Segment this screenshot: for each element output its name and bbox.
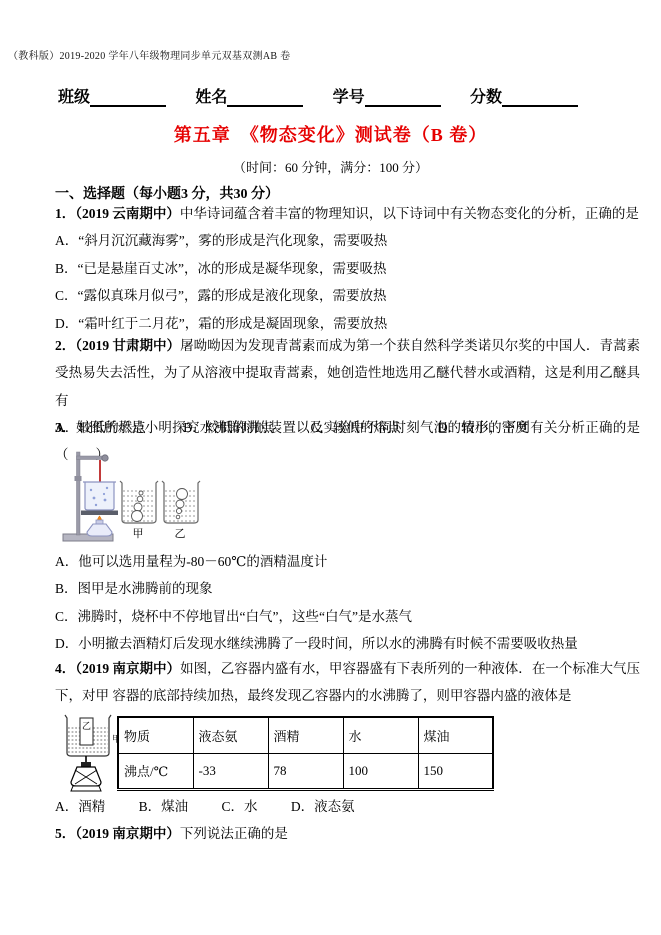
boiling-experiment-figure: 甲 乙 (60, 448, 210, 548)
q3-options: A．他可以选用量程为-80－60℃的酒精温度计 B．图甲是水沸腾前的现象 C．沸… (55, 548, 640, 658)
boiling-point-table: 物质 液态氨 酒精 水 煤油 沸点/℃ -33 78 100 150 (117, 716, 494, 791)
field-name-label: 姓名 (195, 84, 227, 107)
paper-title: 第五章 《物态变化》测试卷（B 卷） (0, 121, 661, 147)
beaker-yi-label: 乙 (175, 527, 186, 540)
q1-option-b: B．“已是悬崖百丈冰”，冰的形成是凝华现象，需要吸热 (55, 255, 640, 282)
q4-inner-vessel-label: 乙 (82, 721, 91, 731)
q3-option-c: C．沸腾时，烧杯中不停地冒出“白气”，这些“白气”是水蒸气 (55, 603, 640, 630)
time-score-note: （时间：60 分钟，满分：100 分） (0, 157, 661, 176)
row-label-boiling-point: 沸点/℃ (118, 753, 193, 789)
student-id-fill-in-blank (365, 88, 441, 107)
field-student-id: 学号 (333, 84, 441, 107)
q1-stem: 1．（2019 云南期中）中华诗词蕴含着丰富的物理知识，以下诗词中有关物态变化的… (55, 200, 640, 227)
q1-option-c: C．“露似真珠月似弓”，露的形成是液化现象，需要放热 (55, 282, 640, 309)
field-class-label: 班级 (58, 84, 90, 107)
bp-alcohol: 78 (268, 753, 343, 789)
field-class: 班级 (58, 84, 166, 107)
bp-water: 100 (343, 753, 418, 789)
class-fill-in-blank (90, 88, 166, 107)
bp-liquid-ammonia: -33 (193, 753, 268, 789)
field-student-id-label: 学号 (333, 84, 365, 107)
q2-stem: 2．（2019 甘肃期中）屠呦呦因为发现青蒿素而成为第一个获自然科学类诺贝尔奖的… (55, 332, 640, 414)
alcohol-lamp (87, 520, 112, 536)
edition-note: （教科版）2019-2020 学年八年级物理同步单元双基双测AB 卷 (8, 47, 290, 62)
col-kerosene: 煤油 (418, 717, 493, 753)
q1-number-source: 1．（2019 云南期中） (55, 206, 180, 221)
field-name: 姓名 (195, 84, 303, 107)
q4-option-c: C．水 (222, 799, 258, 814)
question-1: 1．（2019 云南期中）中华诗词蕴含着丰富的物理知识，以下诗词中有关物态变化的… (55, 200, 640, 337)
q4-option-b: B．煤油 (139, 799, 189, 814)
q5-number-source: 5．（2019 南京期中） (55, 826, 180, 841)
table-header-row: 物质 液态氨 酒精 水 煤油 (118, 717, 493, 753)
q3-option-b: B．图甲是水沸腾前的现象 (55, 575, 640, 602)
field-score-label: 分数 (470, 84, 502, 107)
q4-figure-table-row: 乙 甲 物质 液态氨 酒精 水 煤油 沸点/℃ -33 78 (55, 710, 494, 798)
test-paper-page: （教科版）2019-2020 学年八年级物理同步单元双基双测AB 卷 班级 姓名… (0, 0, 661, 935)
q4-alcohol-lamp (71, 756, 101, 791)
q4-heating-figure: 乙 甲 (55, 710, 117, 798)
q4-number-source: 4．（2019 南京期中） (55, 661, 180, 676)
col-water: 水 (343, 717, 418, 753)
col-substance: 物质 (118, 717, 193, 753)
q1-option-a: A．“斜月沉沉藏海雾”，雾的形成是汽化现象，需要吸热 (55, 227, 640, 254)
beaker-jia (120, 481, 158, 523)
q5-stem-text: 下列说法正确的是 (180, 826, 288, 841)
q3-option-d: D．小明撤去酒精灯后发现水继续沸腾了一段时间，所以水的沸腾有时候不需要吸收热量 (55, 630, 640, 657)
q4-options-row: A．酒精 B．煤油 C．水 D．液态氨 (55, 793, 385, 820)
question-5: 5．（2019 南京期中）下列说法正确的是 (55, 820, 288, 847)
heated-beaker (83, 482, 116, 510)
q4-option-d: D．液态氨 (291, 799, 355, 814)
q2-number-source: 2．（2019 甘肃期中） (55, 338, 180, 353)
q3-option-a: A．他可以选用量程为-80－60℃的酒精温度计 (55, 548, 640, 575)
q3-figure: 甲 乙 (60, 448, 210, 553)
q3-number: 3． (55, 420, 76, 435)
name-fill-in-blank (227, 88, 303, 107)
score-fill-in-blank (502, 88, 578, 107)
field-score: 分数 (470, 84, 578, 107)
q1-stem-text: 中华诗词蕴含着丰富的物理知识，以下诗词中有关物态变化的分析，正确的是 (180, 206, 639, 221)
student-info-row: 班级 姓名 学号 分数 (58, 84, 578, 107)
wire-gauze (81, 511, 118, 516)
q4-option-a: A．酒精 (55, 799, 105, 814)
beaker-yi (162, 481, 200, 523)
col-liquid-ammonia: 液态氨 (193, 717, 268, 753)
q4-stem: 4．（2019 南京期中）如图，乙容器内盛有水，甲容器盛有下表所列的一种液体．在… (55, 655, 640, 710)
col-alcohol: 酒精 (268, 717, 343, 753)
table-row: 沸点/℃ -33 78 100 150 (118, 753, 493, 789)
bp-kerosene: 150 (418, 753, 493, 789)
beaker-jia-label: 甲 (133, 527, 144, 540)
